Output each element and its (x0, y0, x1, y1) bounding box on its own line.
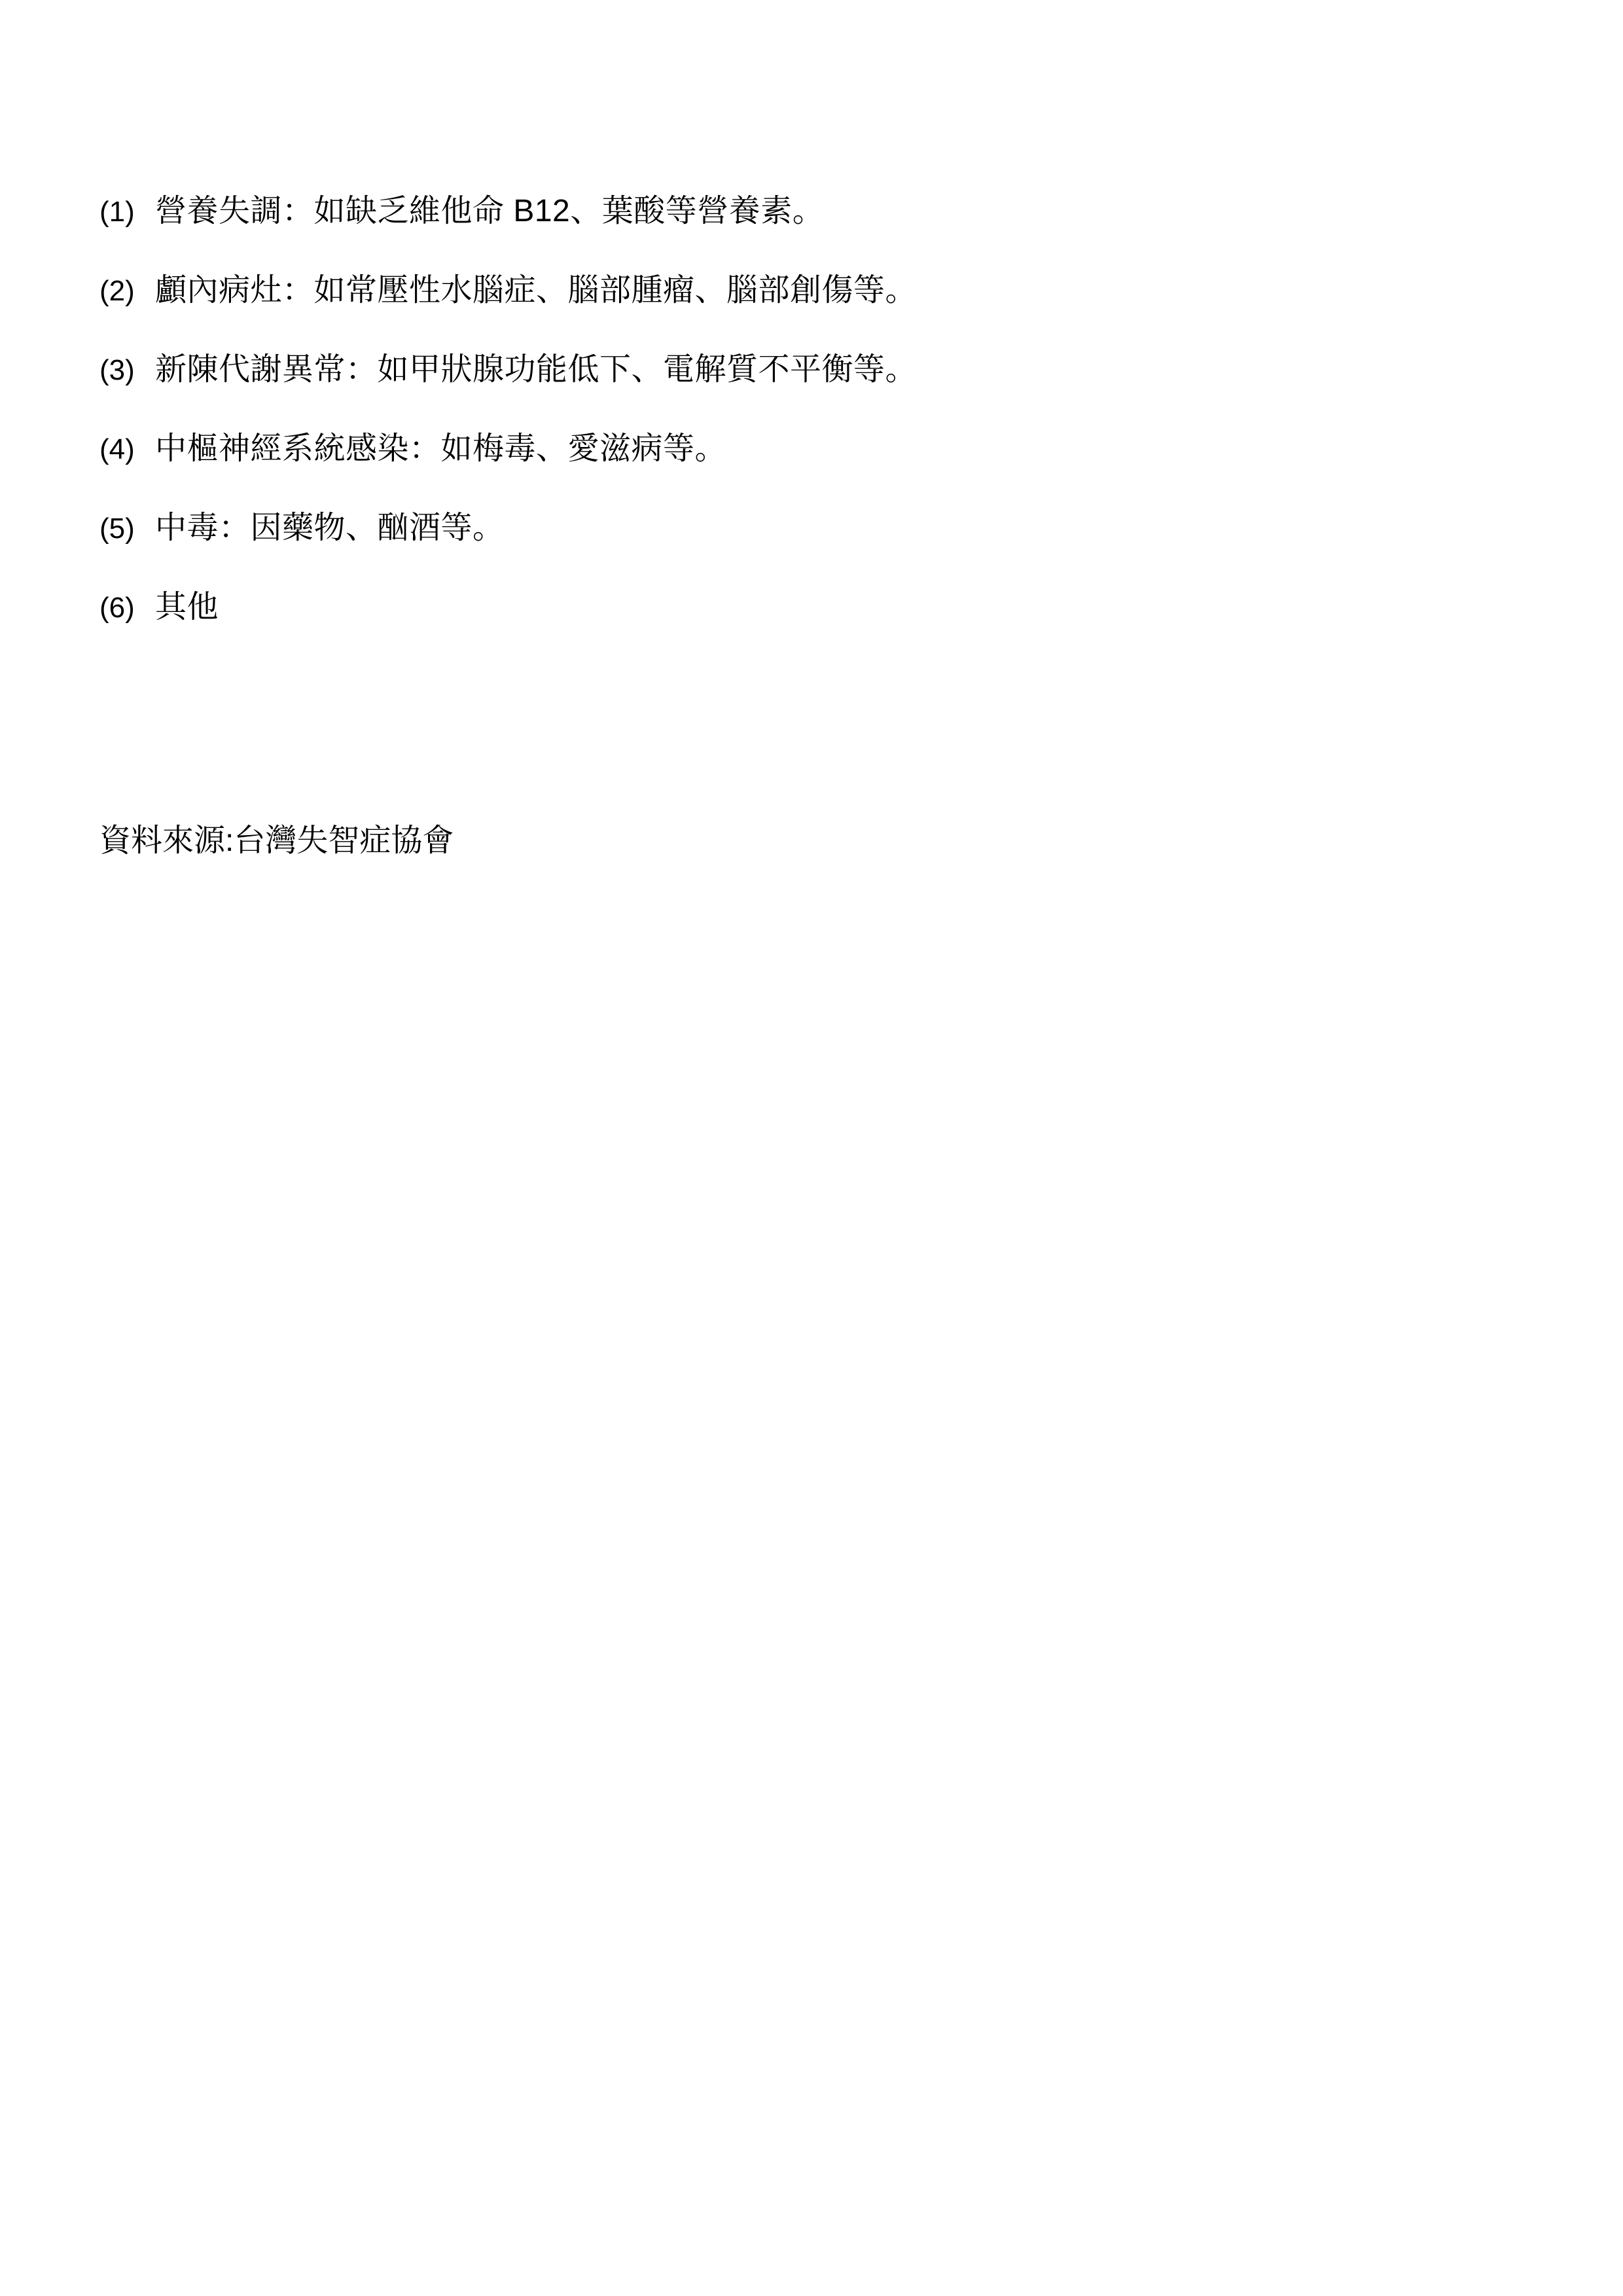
list-item-text: 顱內病灶：如常壓性水腦症、腦部腫瘤、腦部創傷等。 (155, 264, 917, 310)
list-item-number: (3) (99, 354, 155, 387)
cause-list: (1) 營養失調：如缺乏維他命 B12、葉酸等營養素。 (2) 顱內病灶：如常壓… (99, 185, 917, 660)
list-item: (3) 新陳代謝異常：如甲狀腺功能低下、電解質不平衡等。 (99, 344, 917, 383)
list-item: (4) 中樞神經系統感染：如梅毒、愛滋病等。 (99, 423, 917, 462)
list-item-text: 中毒：因藥物、酗酒等。 (155, 502, 505, 547)
list-item-number: (4) (99, 433, 155, 466)
list-item-number: (2) (99, 275, 155, 308)
list-item: (6) 其他 (99, 581, 917, 620)
list-item-number: (1) (99, 196, 155, 228)
list-item-number: (5) (99, 512, 155, 545)
document-page: (1) 營養失調：如缺乏維他命 B12、葉酸等營養素。 (2) 顱內病灶：如常壓… (0, 0, 1623, 2296)
list-item-number: (6) (99, 592, 155, 624)
list-item: (5) 中毒：因藥物、酗酒等。 (99, 502, 917, 541)
list-item: (2) 顱內病灶：如常壓性水腦症、腦部腫瘤、腦部創傷等。 (99, 264, 917, 304)
list-item: (1) 營養失調：如缺乏維他命 B12、葉酸等營養素。 (99, 185, 917, 224)
source-line: 資料來源:台灣失智症協會 (99, 815, 454, 860)
list-item-text: 其他 (155, 581, 219, 626)
list-item-text: 中樞神經系統感染：如梅毒、愛滋病等。 (155, 423, 726, 468)
list-item-text: 新陳代謝異常：如甲狀腺功能低下、電解質不平衡等。 (155, 344, 917, 389)
list-item-text: 營養失調：如缺乏維他命 B12、葉酸等營養素。 (155, 185, 824, 230)
